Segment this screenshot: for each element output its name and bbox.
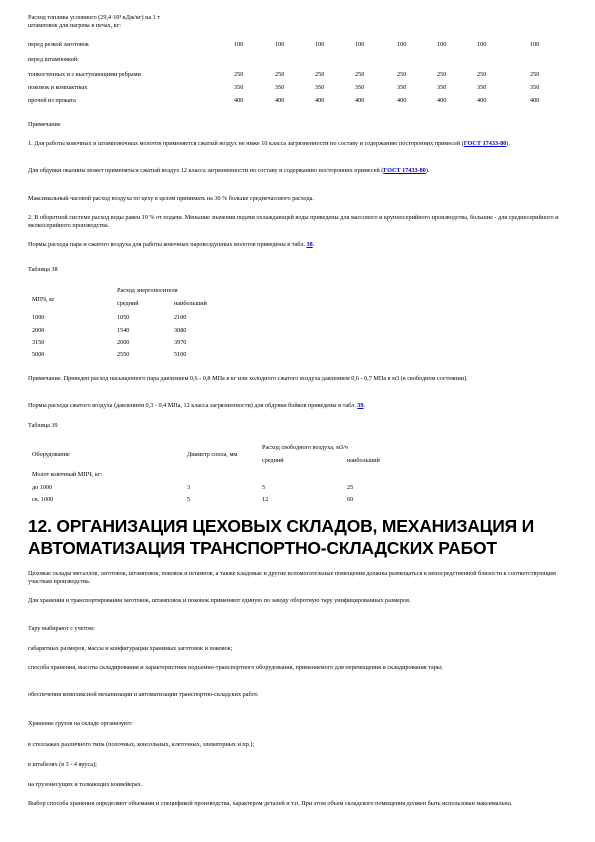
paragraph: Выбор способа хранения определяют объема… bbox=[28, 800, 563, 808]
table-cell: 100 bbox=[275, 41, 305, 49]
table-cell: 3150 bbox=[32, 339, 44, 347]
table-cell: 250 bbox=[355, 71, 385, 79]
table-cell: 350 bbox=[355, 84, 385, 92]
table-cell: св. 1000 bbox=[32, 496, 53, 504]
table-cell: 350 bbox=[437, 84, 467, 92]
table-cell: 3970 bbox=[174, 339, 186, 347]
table-cell: 250 bbox=[477, 71, 507, 79]
table-cell: 400 bbox=[530, 97, 560, 105]
table-cell: 1000 bbox=[32, 314, 44, 322]
table-cell: 100 bbox=[234, 41, 264, 49]
table-cell: 350 bbox=[234, 84, 264, 92]
table-row-label: прочей из проката bbox=[28, 97, 76, 105]
table-subheader: средний bbox=[262, 457, 284, 465]
table-cell: 2000 bbox=[117, 339, 129, 347]
table-cell: 400 bbox=[477, 97, 507, 105]
list-item: в стеллажах различного типа (полочных, к… bbox=[28, 741, 563, 749]
table-cell: 100 bbox=[477, 41, 507, 49]
gost-link[interactable]: ГОСТ 17433-80 bbox=[383, 167, 426, 174]
table-cell: до 1000 bbox=[32, 484, 52, 492]
table-cell: 350 bbox=[315, 84, 345, 92]
norms-39-paragraph: Нормы расхода сжатого воздуха (давлением… bbox=[28, 402, 563, 410]
section-heading: 12. ОРГАНИЗАЦИЯ ЦЕХОВЫХ СКЛАДОВ, МЕХАНИЗ… bbox=[28, 515, 573, 559]
note-1: 1. Для работы ковочных и штамповочных мо… bbox=[28, 140, 563, 148]
table-cell: 5000 bbox=[32, 351, 44, 359]
table-cell: 3080 bbox=[174, 327, 186, 335]
table-subheader: наибольший bbox=[174, 300, 207, 308]
table-cell: 250 bbox=[275, 71, 305, 79]
paragraph: Цеховые склады металлов, заготовок, штам… bbox=[28, 570, 563, 586]
list-item: в штабелях (в 3 - 4 яруса); bbox=[28, 761, 563, 769]
table-cell: 100 bbox=[315, 41, 345, 49]
table-cell: 60 bbox=[347, 496, 353, 504]
table-cell: 100 bbox=[530, 41, 560, 49]
table-cell: 250 bbox=[437, 71, 467, 79]
table-cell: 1050 bbox=[117, 314, 129, 322]
table-row-label: перед резкой заготовок bbox=[28, 41, 89, 49]
table-cell: 350 bbox=[530, 84, 560, 92]
table-cell: 3 bbox=[187, 484, 190, 492]
table-cell: 250 bbox=[315, 71, 345, 79]
fuel-table-header-line1: Расход топлива условного (29,4·10³ кДж/к… bbox=[28, 14, 160, 22]
table-cell: 400 bbox=[397, 97, 427, 105]
table-cell: 25 bbox=[347, 484, 353, 492]
table-group-header: Расход свободного воздуха, м3/ч bbox=[262, 444, 348, 452]
notes-title: Примечание bbox=[28, 121, 61, 129]
table-cell: 400 bbox=[437, 97, 467, 105]
paragraph: Для хранения и транспортирования заготов… bbox=[28, 597, 563, 605]
table-cell: 2100 bbox=[174, 314, 186, 322]
table-cell: 250 bbox=[397, 71, 427, 79]
paragraph: Хранение грузов на складе организуют: bbox=[28, 720, 563, 728]
list-item: габаритных размеров, массы и конфигураци… bbox=[28, 645, 563, 653]
table-cell: 400 bbox=[275, 97, 305, 105]
note-1c: Максимальный часовой расход воздуха по ц… bbox=[28, 195, 563, 203]
table-cell: 5 bbox=[262, 484, 265, 492]
norms-paragraph: Нормы расхода пара и сжатого воздуха для… bbox=[28, 241, 563, 249]
table-cell: 5100 bbox=[174, 351, 186, 359]
table-cell: 350 bbox=[477, 84, 507, 92]
table-cell: 2000 bbox=[32, 327, 44, 335]
table-row-label: тонкостенных и с выступающими ребрами bbox=[28, 71, 141, 79]
table-cell: 100 bbox=[437, 41, 467, 49]
table-row-label: перед штамповкой: bbox=[28, 56, 79, 64]
table-cell: 100 bbox=[355, 41, 385, 49]
note-1b: Для обдувки окалины может применяться сж… bbox=[28, 167, 563, 175]
table-cell: 350 bbox=[397, 84, 427, 92]
table-cell: 2550 bbox=[117, 351, 129, 359]
table-cell: 1540 bbox=[117, 327, 129, 335]
table-cell: 250 bbox=[530, 71, 560, 79]
list-item: обеспечения комплексной механизации и ав… bbox=[28, 691, 563, 699]
table-subheader: средний bbox=[117, 300, 139, 308]
table-cell: 400 bbox=[234, 97, 264, 105]
list-item: способа хранения, высоты складирования и… bbox=[28, 664, 563, 672]
table-header: Диаметр сопла, мм bbox=[187, 451, 237, 459]
table-group-header: Расход энергоносителя bbox=[117, 287, 178, 295]
table-cell: 400 bbox=[355, 97, 385, 105]
table-subheader: наибольший bbox=[347, 457, 380, 465]
note-38: Примечание. Приведен расход насыщенного … bbox=[28, 375, 563, 383]
note-2: 2. В оборотной системе расход воды равен… bbox=[28, 214, 563, 230]
table-cell: 12 bbox=[262, 496, 268, 504]
table-cell: 350 bbox=[275, 84, 305, 92]
table-caption: Таблица 38 bbox=[28, 266, 58, 274]
paragraph: Тару выбирают с учетом: bbox=[28, 625, 563, 633]
gost-link[interactable]: ГОСТ 17433-80 bbox=[464, 140, 507, 147]
fuel-table-header-line2: штамповок для нагрева в печах, кг: bbox=[28, 22, 121, 30]
table-cell: 250 bbox=[234, 71, 264, 79]
table-header: Оборудование bbox=[32, 451, 70, 459]
table-cell: 400 bbox=[315, 97, 345, 105]
table-header: МПЧ, кг bbox=[32, 296, 55, 304]
table-group-row: Молот ковочный МПЧ, кг: bbox=[32, 471, 102, 479]
table-cell: 100 bbox=[397, 41, 427, 49]
table-caption: Таблица 39 bbox=[28, 422, 58, 430]
table-cell: 5 bbox=[187, 496, 190, 504]
table-row-label: поковок и компактных bbox=[28, 84, 87, 92]
list-item: на грузонесущих и толкающих конвейерах. bbox=[28, 781, 563, 789]
